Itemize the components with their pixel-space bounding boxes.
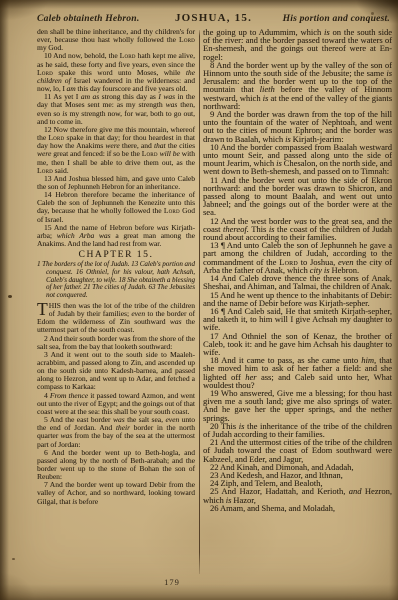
left-column-top-verses: den shall be thine inheritance, and thy … <box>37 28 195 248</box>
verse-paragraph: 4 From thence it passed toward Azmon, an… <box>37 392 195 416</box>
chapter-heading: CHAPTER 15. <box>37 251 195 259</box>
page-number: 179 <box>142 577 202 587</box>
running-head: Caleb obtaineth Hebron. JOSHUA, 15. His … <box>37 12 390 26</box>
verse-paragraph: 14 Hebron therefore became the inheritan… <box>37 191 195 224</box>
column-divider-rule <box>199 30 200 574</box>
right-column-verses: the going up to Adummim, which is on the… <box>203 28 392 512</box>
verse-paragraph: 9 And the border was drawn from the top … <box>203 110 392 143</box>
running-head-left: Caleb obtaineth Hebron. <box>37 13 175 24</box>
left-column-chapter-verses: THIS then was the lot of the tribe of th… <box>37 302 195 506</box>
verse-paragraph: 26 Amam, and Shema, and Moladah, <box>203 504 392 512</box>
verse-paragraph: 8 And the border went up by the valley o… <box>203 61 392 110</box>
verse-paragraph: 17 And Othniel the son of Kenaz, the bro… <box>203 332 392 357</box>
verse-paragraph: 13 And Joshua blessed him, and gave unto… <box>37 175 195 191</box>
verse-paragraph: 15 And he went up thence to the inhabita… <box>203 291 392 307</box>
verse-paragraph: 2 And their south border was from the sh… <box>37 335 195 351</box>
running-head-right: His portion and conquest. <box>252 13 390 24</box>
left-column: den shall be thine inheritance, and thy … <box>37 28 195 578</box>
verse-paragraph: 19 Who answered, Give me a blessing; for… <box>203 389 392 422</box>
ink-speck <box>8 295 12 298</box>
verse-paragraph: 20 This is the inheritance of the tribe … <box>203 422 392 438</box>
running-head-title: JOSHUA, 15. <box>175 12 252 24</box>
verse-paragraph: 6 And the border went up to Beth-hogla, … <box>37 449 195 482</box>
verse-paragraph: 10 And now, behold, the Lord hath kept m… <box>37 52 195 93</box>
ink-speck <box>12 558 15 560</box>
verse-paragraph: the going up to Adummim, which is on the… <box>203 28 392 61</box>
text-columns: den shall be thine inheritance, and thy … <box>37 28 393 578</box>
verse-paragraph: 12 And the west border was to the great … <box>203 217 392 242</box>
verse-paragraph: 10 And the border compassed from Baalah … <box>203 143 392 176</box>
verse-paragraph: 25 And Hazor, Hadattah, and Kerioth, and… <box>203 487 392 503</box>
verse-paragraph: THIS then was the lot of the tribe of th… <box>37 302 195 335</box>
verse-paragraph: 7 And the border went up toward Debir fr… <box>37 481 195 505</box>
verse-paragraph: 11 As yet I am as strong this day as I w… <box>37 93 195 126</box>
verse-paragraph: 14 And Caleb drove thence the three sons… <box>203 274 392 290</box>
verse-paragraph: 15 And the name of Hebron before was Kir… <box>37 224 195 248</box>
verse-paragraph: 18 And it came to pass, as she came unto… <box>203 356 392 389</box>
verse-paragraph: 21 And the uttermost cities of the tribe… <box>203 438 392 463</box>
drop-cap: T <box>37 302 49 317</box>
verse-paragraph: den shall be thine inheritance, and thy … <box>37 28 195 52</box>
verse-paragraph: 5 And the east border was the salt sea, … <box>37 416 195 449</box>
verse-paragraph: 12 Now therefore give me this mountain, … <box>37 126 195 175</box>
verse-paragraph: 16 ¶ And Caleb said, He that smiteth Kir… <box>203 307 392 332</box>
verse-paragraph: 13 ¶ And unto Caleb the son of Jephunneh… <box>203 241 392 274</box>
bible-page: Caleb obtaineth Hebron. JOSHUA, 15. His … <box>0 0 398 600</box>
right-column: the going up to Adummim, which is on the… <box>203 28 392 578</box>
verse-paragraph: 3 And it went out to the south side to M… <box>37 351 195 392</box>
chapter-summary: 1 The borders of the lot of Judah. 13 Ca… <box>37 261 195 300</box>
verse-paragraph: 11 And the border went out unto the side… <box>203 176 392 217</box>
